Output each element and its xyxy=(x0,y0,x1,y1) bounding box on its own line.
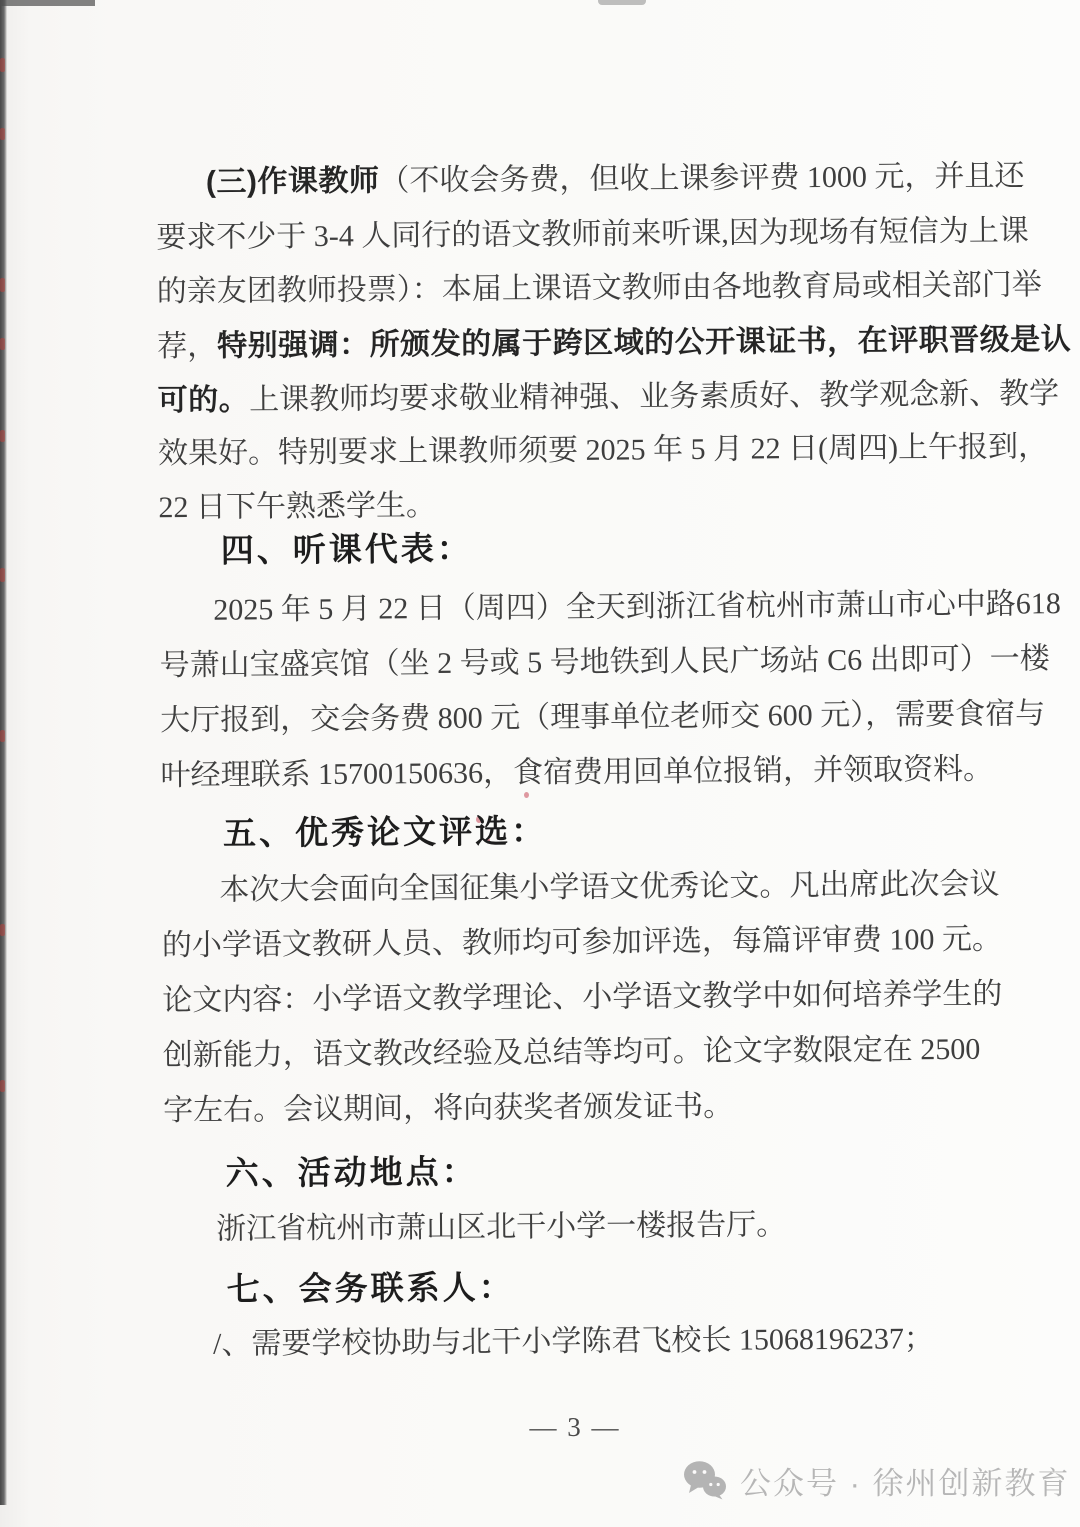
paragraph-line: 本次大会面向全国征集小学语文优秀论文。凡出席此次会议 xyxy=(219,865,999,911)
bold-run: 可的。 xyxy=(158,383,250,417)
section-heading-6: 六、活动地点： xyxy=(226,1151,478,1195)
paragraph-line: 大厅报到，交会务费 800 元（理事单位老师交 600 元），需要食宿与 xyxy=(160,694,1045,741)
scan-red-mark xyxy=(0,730,5,742)
text-run: （不收会务费，但收上课参评费 1000 元，并且还 xyxy=(379,159,1024,197)
paragraph-line: 浙江省杭州市萧山区北干小学一楼报告厅。 xyxy=(216,1205,786,1249)
paragraph-line: 号萧山宝盛宾馆（坐 2 号或 5 号地铁到人民广场站 C6 出即可）一楼 xyxy=(160,639,1050,686)
paragraph-line: (三)作课教师（不收会务费，但收上课参评费 1000 元，并且还 xyxy=(206,156,1025,202)
scan-edge-top-mark xyxy=(0,0,95,6)
scanned-document-page: (三)作课教师（不收会务费，但收上课参评费 1000 元，并且还 要求不少于 3… xyxy=(0,0,1080,1527)
paragraph-line: 22 日下午熟悉学生。 xyxy=(158,486,436,528)
paragraph-line: 叶经理联系 15700150636，食宿费用回单位报销，并领取资料。 xyxy=(160,750,993,797)
paragraph-line: 要求不少于 3-4 人同行的语文教师前来听课,因为现场有短信为上课 xyxy=(156,211,1029,258)
scan-red-mark xyxy=(0,338,5,350)
scan-red-mark xyxy=(0,568,5,582)
paragraph-line: 论文内容：小学语文教学理论、小学语文教学中如何培养学生的 xyxy=(162,975,1002,1022)
scan-red-mark xyxy=(0,128,5,140)
scan-edge-shadow xyxy=(0,0,7,1505)
document-content: (三)作课教师（不收会务费，但收上课参评费 1000 元，并且还 要求不少于 3… xyxy=(153,0,979,1403)
section-heading-5: 五、优秀论文评选： xyxy=(223,810,547,855)
paragraph-line: 荐，特别强调：所颁发的属于跨区域的公开课证书，在评职晋级是认 xyxy=(157,320,1071,367)
text-run: 上课教师均要求敬业精神强、业务素质好、教学观念新、教学 xyxy=(249,377,1059,416)
section-heading-4: 四、听课代表： xyxy=(221,528,473,572)
paragraph-line: 字左右。会议期间，将向获奖者颁发证书。 xyxy=(163,1087,733,1131)
section-heading-7: 七、会务联系人： xyxy=(226,1266,514,1310)
scan-red-mark xyxy=(0,1080,5,1092)
paragraph-line: 的亲友团教师投票）：本届上课语文教师由各地教育局或相关部门举 xyxy=(157,265,1042,312)
text-run: 荐， xyxy=(157,330,217,363)
wechat-watermark: 公众号 · 徐州创新教育 xyxy=(683,1458,1071,1502)
paragraph-line: 创新能力，语文教改经验及总结等均可。论文字数限定在 2500 xyxy=(163,1030,981,1076)
paragraph-line: /、需要学校协助与北干小学陈君飞校长 15068196237； xyxy=(213,1319,934,1365)
bold-run: 特别强调：所颁发的属于跨区域的公开课证书，在评职晋级是认 xyxy=(217,323,1071,363)
scan-red-mark xyxy=(0,58,5,72)
scan-red-mark xyxy=(0,430,5,442)
paragraph-line: 可的。上课教师均要求敬业精神强、业务素质好、教学观念新、教学 xyxy=(157,374,1059,421)
paragraph-line: 的小学语文教研人员、教师均可参加评选，每篇评审费 100 元。 xyxy=(162,920,1002,967)
scan-red-mark xyxy=(0,924,5,936)
watermark-label: 公众号 · 徐州创新教育 xyxy=(740,1458,1071,1503)
bold-run: (三)作课教师 xyxy=(206,164,380,198)
paragraph-line: 效果好。特别要求上课教师须要 2025 年 5 月 22 日(周四)上午报到， xyxy=(158,427,1048,474)
page-number: — 3 — xyxy=(470,1412,680,1443)
scan-red-mark xyxy=(0,278,5,292)
wechat-icon xyxy=(683,1460,727,1500)
paragraph-line: 2025 年 5 月 22 日（周四）全天到浙江省杭州市萧山市心中路618 xyxy=(213,584,1061,631)
